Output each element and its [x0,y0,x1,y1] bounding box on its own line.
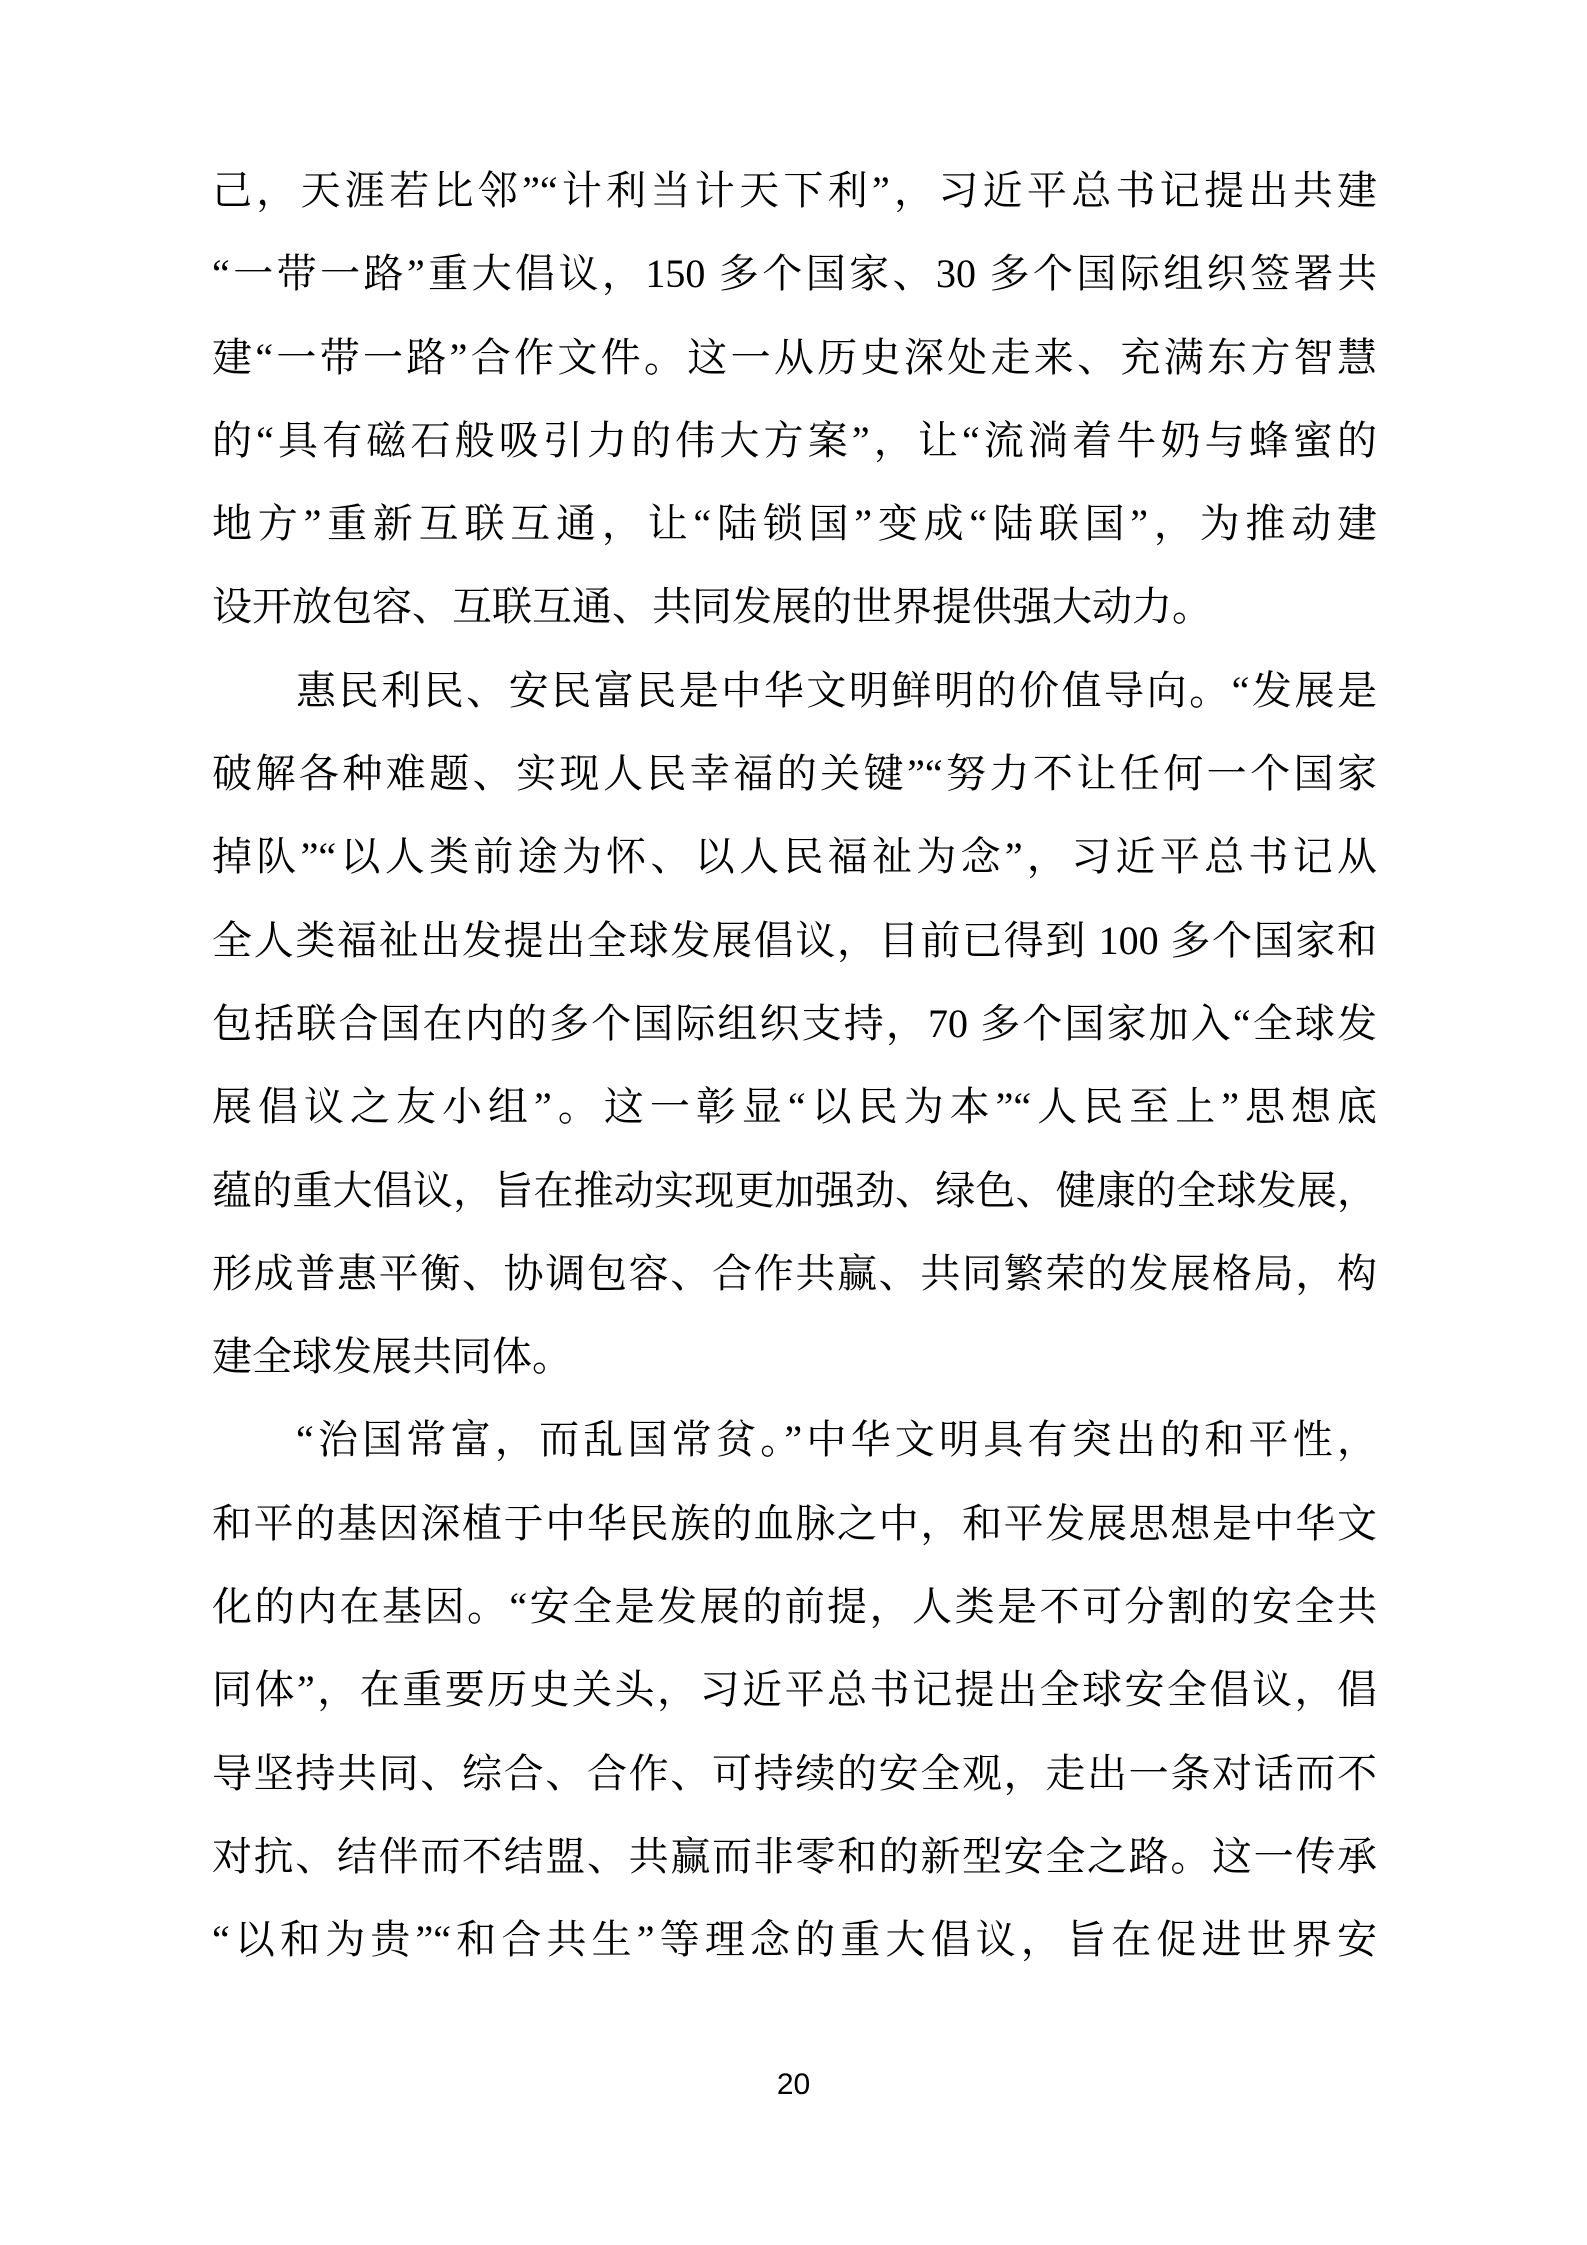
text-line: “一带一路”重大倡议，150 多个国家、30 多个国际组织签署共 [212,232,1377,315]
text-line: 导坚持共同、综合、合作、可持续的安全观，走出一条对话而不 [212,1732,1377,1815]
text-line: 建“一带一路”合作文件。这一从历史深处走来、充满东方智慧 [212,316,1377,399]
text-line: 同体”，在重要历史关头，习近平总书记提出全球安全倡议，倡 [212,1648,1377,1731]
text-line: 的“具有磁石般吸引力的伟大方案”，让“流淌着牛奶与蜂蜜的 [212,399,1377,482]
text-line: 设开放包容、互联互通、共同发展的世界提供强大动力。 [212,565,1377,648]
document-page: 己，天涯若比邻”“计利当计天下利”，习近平总书记提出共建“一带一路”重大倡议，1… [0,0,1587,2245]
paragraph: 己，天涯若比邻”“计利当计天下利”，习近平总书记提出共建“一带一路”重大倡议，1… [212,149,1377,649]
text-line: 和平的基因深植于中华民族的血脉之中，和平发展思想是中华文 [212,1482,1377,1565]
text-block: 己，天涯若比邻”“计利当计天下利”，习近平总书记提出共建“一带一路”重大倡议，1… [212,149,1377,1982]
paragraph: “治国常富，而乱国常贫。”中华文明具有突出的和平性，和平的基因深植于中华民族的血… [212,1398,1377,1981]
text-line: 对抗、结伴而不结盟、共赢而非零和的新型安全之路。这一传承 [212,1815,1377,1898]
text-line: 掉队”“以人类前途为怀、以人民福祉为念”，习近平总书记从 [212,815,1377,898]
text-line: 地方”重新互联互通，让“陆锁国”变成“陆联国”，为推动建 [212,482,1377,565]
text-line: “以和为贵”“和合共生”等理念的重大倡议，旨在促进世界安 [212,1898,1377,1981]
text-line: 形成普惠平衡、协调包容、合作共赢、共同繁荣的发展格局，构 [212,1232,1377,1315]
text-line: 展倡议之友小组”。这一彰显“以民为本”“人民至上”思想底 [212,1065,1377,1148]
text-line: “治国常富，而乱国常贫。”中华文明具有突出的和平性， [212,1398,1377,1481]
text-line: 破解各种难题、实现人民幸福的关键”“努力不让任何一个国家 [212,732,1377,815]
paragraph: 惠民利民、安民富民是中华文明鲜明的价值导向。“发展是破解各种难题、实现人民幸福的… [212,649,1377,1399]
text-line: 建全球发展共同体。 [212,1315,1377,1398]
text-line: 己，天涯若比邻”“计利当计天下利”，习近平总书记提出共建 [212,149,1377,232]
text-line: 全人类福祉出发提出全球发展倡议，目前已得到 100 多个国家和 [212,899,1377,982]
page-footer: 20 [0,2066,1587,2104]
text-line: 包括联合国在内的多个国际组织支持，70 多个国家加入“全球发 [212,982,1377,1065]
text-line: 惠民利民、安民富民是中华文明鲜明的价值导向。“发展是 [212,649,1377,732]
page-number: 20 [777,2066,810,2104]
text-line: 化的内在基因。“安全是发展的前提，人类是不可分割的安全共 [212,1565,1377,1648]
text-line: 蕴的重大倡议，旨在推动实现更加强劲、绿色、健康的全球发展， [212,1149,1377,1232]
